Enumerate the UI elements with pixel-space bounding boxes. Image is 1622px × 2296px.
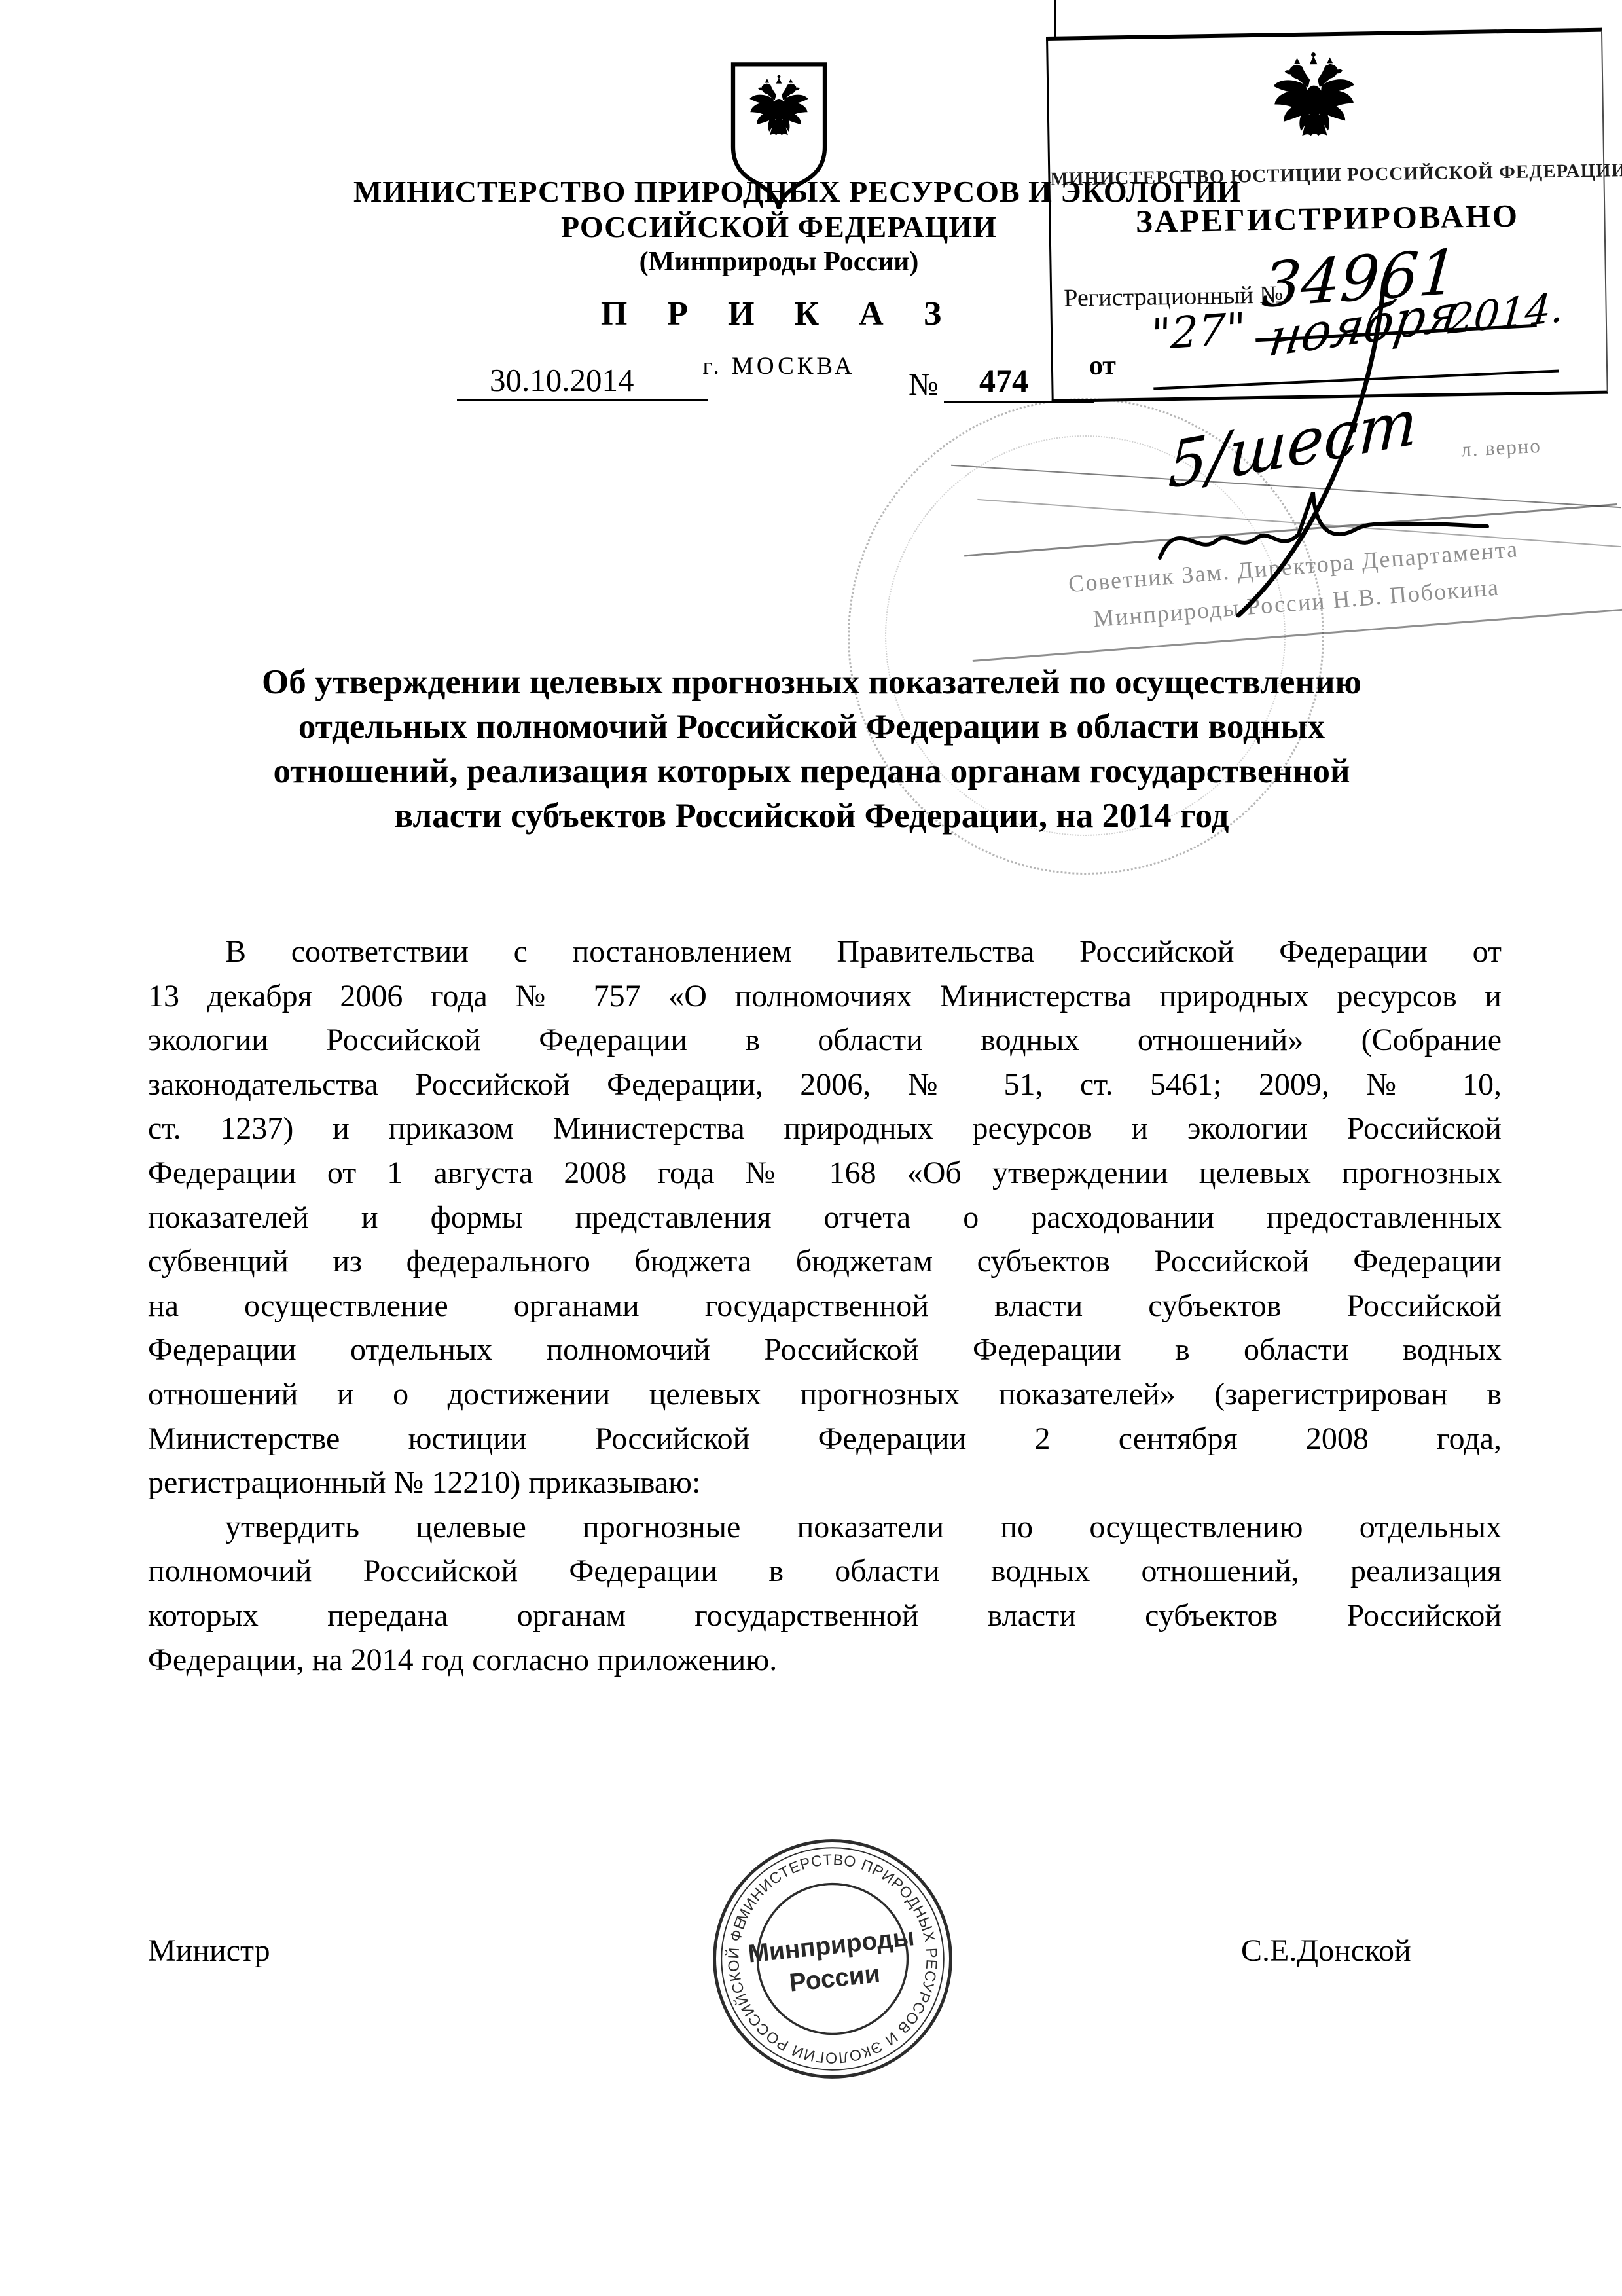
order-body: В соответствии с постановлением Правител… — [148, 930, 1502, 1682]
order-title-line: власти субъектов Российской Федерации, н… — [196, 793, 1427, 838]
body-line: Федерации, на 2014 год согласно приложен… — [148, 1638, 1502, 1683]
justice-eagle-icon — [1264, 50, 1364, 157]
order-title-line: отдельных полномочий Российской Федераци… — [196, 704, 1427, 749]
body-line: регистрационный № 12210) приказываю: — [148, 1461, 1502, 1505]
body-line: полномочий Российской Федерации в област… — [148, 1549, 1502, 1594]
body-line: отношений и о достижении целевых прогноз… — [148, 1372, 1502, 1417]
body-line: экологии Российской Федерации в области … — [148, 1018, 1502, 1063]
body-line: В соответствии с постановлением Правител… — [148, 930, 1502, 974]
seal-center-line2: России — [788, 1959, 882, 1997]
order-title-line: отношений, реализация которых передана о… — [196, 749, 1427, 793]
body-line: которых передана органам государственной… — [148, 1594, 1502, 1638]
body-line: Федерации от 1 августа 2008 года № 168 «… — [148, 1151, 1502, 1195]
body-line: ст. 1237) и приказом Министерства природ… — [148, 1106, 1502, 1151]
minister-position-label: Министр — [148, 1933, 270, 1969]
minister-name: С.Е.Донской — [1241, 1933, 1411, 1969]
body-line: утвердить целевые прогнозные показатели … — [148, 1505, 1502, 1550]
body-line: субвенций из федерального бюджета бюджет… — [148, 1239, 1502, 1284]
seal-center-line1: Минприроды — [747, 1923, 916, 1968]
ministry-name-line2: РОССИЙСКОЙ ФЕДЕРАЦИИ — [353, 210, 1204, 244]
body-line: законодательства Российской Федерации, 2… — [148, 1063, 1502, 1107]
ministry-name-line1: МИНИСТЕРСТВО ПРИРОДНЫХ РЕСУРСОВ И ЭКОЛОГ… — [353, 174, 1204, 209]
body-line: 13 декабря 2006 года № 757 «О полномочия… — [148, 974, 1502, 1019]
signature-scribble-icon — [916, 249, 1622, 707]
body-line: Министерстве юстиции Российской Федераци… — [148, 1417, 1502, 1461]
order-date-underline — [457, 399, 708, 401]
body-line: на осуществление органами государственно… — [148, 1284, 1502, 1328]
ministry-seal-icon: МИНИСТЕРСТВО ПРИРОДНЫХ РЕСУРСОВ И ЭКОЛОГ… — [693, 1819, 972, 2098]
body-line: показателей и формы представления отчета… — [148, 1195, 1502, 1240]
order-date: 30.10.2014 — [490, 361, 634, 399]
body-line: Федерации отдельных полномочий Российско… — [148, 1328, 1502, 1372]
registration-box-top-tick — [1054, 0, 1056, 38]
scanned-order-page: МИНИСТЕРСТВО ПРИРОДНЫХ РЕСУРСОВ И ЭКОЛОГ… — [0, 0, 1622, 2296]
